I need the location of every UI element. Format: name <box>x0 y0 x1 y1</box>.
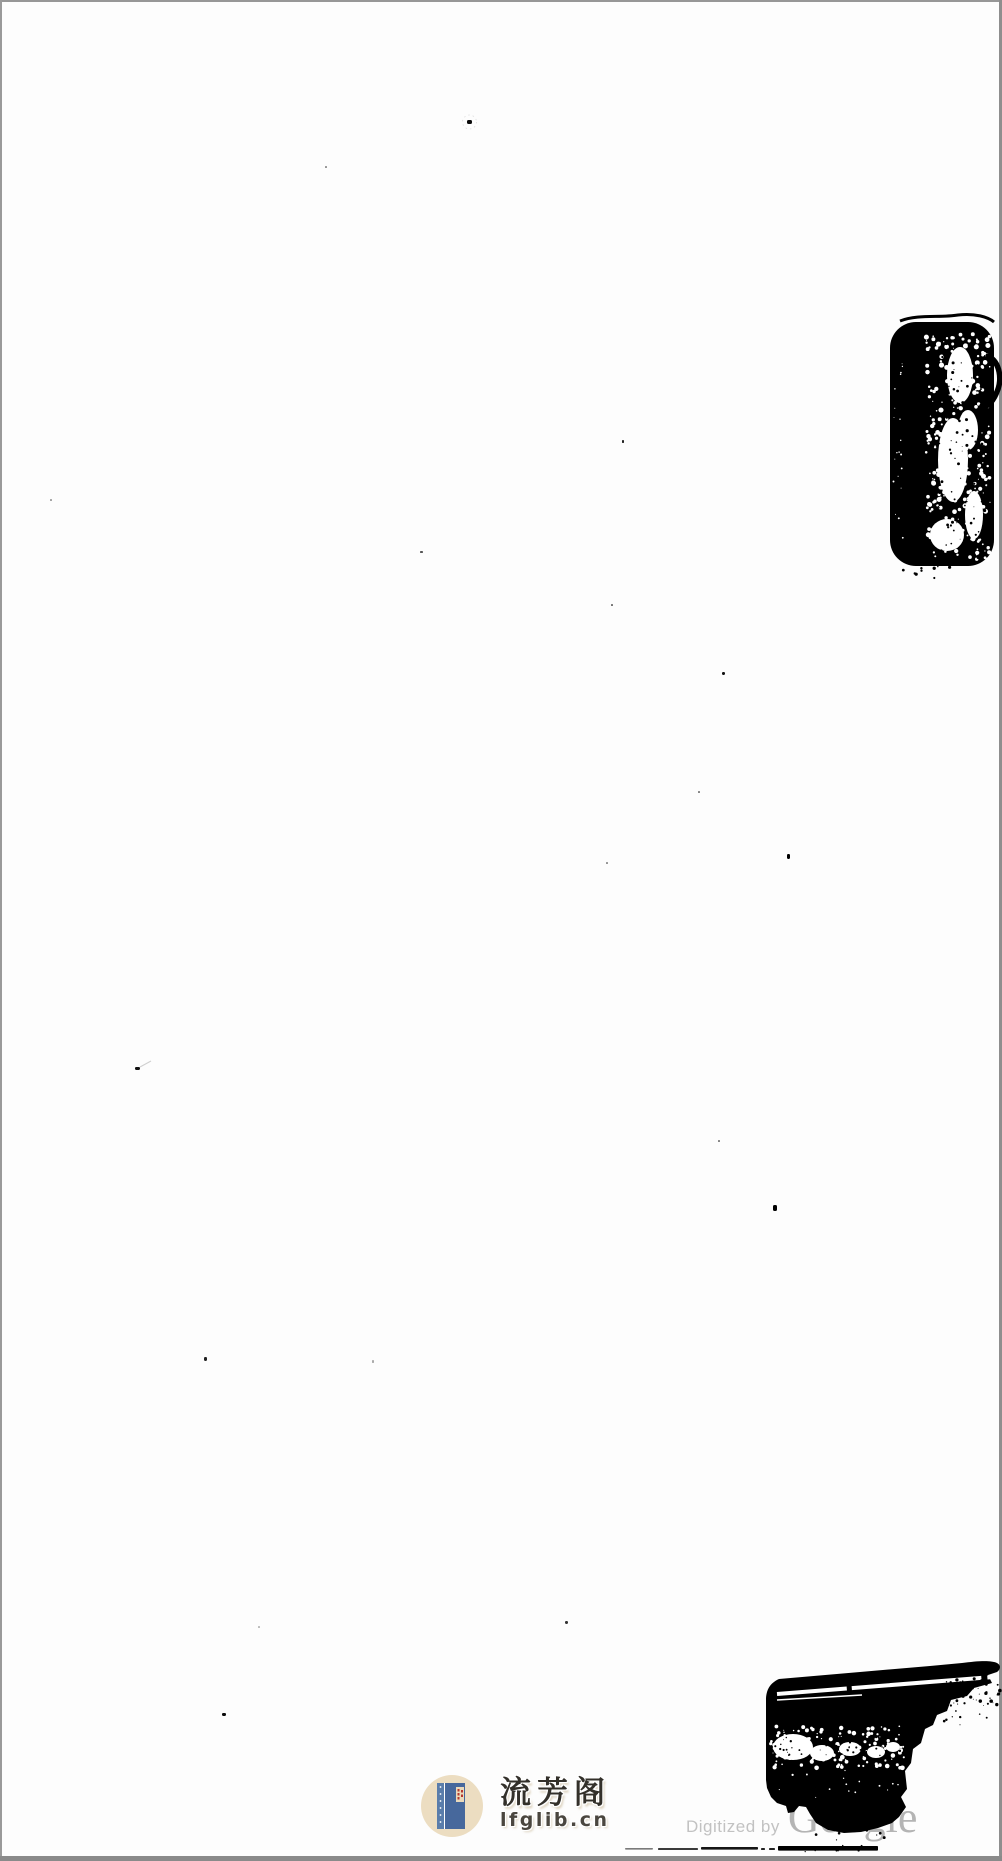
lfglib-text-block: 流芳阁 lfglib.cn <box>500 1775 611 1830</box>
top-right-ink-stamp <box>890 314 1000 579</box>
ink-speck <box>50 499 52 501</box>
book-icon <box>421 1775 483 1837</box>
page-border-top <box>0 0 1002 2</box>
ink-speck <box>467 120 472 124</box>
scanned-page: Digitized byGoogle <box>0 0 1002 1861</box>
bottom-broken-rule <box>625 1845 878 1852</box>
ink-speck <box>325 166 327 168</box>
digitized-by-text: Digitized by <box>686 1817 780 1836</box>
ink-layer <box>0 0 1002 1861</box>
lfglib-domain: lfglib.cn <box>500 1810 611 1830</box>
ink-speck <box>718 1140 720 1142</box>
ink-speck <box>135 1067 140 1070</box>
ink-speck <box>622 440 624 443</box>
ink-speck <box>611 604 613 606</box>
ink-speck-streak <box>140 1061 151 1067</box>
ink-speck <box>698 791 700 793</box>
ink-speck <box>204 1357 207 1361</box>
lfglib-title: 流芳阁 <box>500 1778 611 1809</box>
ink-speck <box>420 551 423 553</box>
ink-speck <box>606 862 608 864</box>
google-digitization-watermark: Digitized byGoogle <box>686 1792 917 1843</box>
ink-speck-halo <box>463 115 477 129</box>
ink-speck <box>722 672 725 675</box>
ink-speck <box>565 1621 568 1624</box>
google-logo: Google <box>788 1793 918 1842</box>
lfglib-watermark: 流芳阁 lfglib.cn <box>421 1775 611 1837</box>
ink-speck <box>258 1626 260 1628</box>
ink-specks <box>50 115 790 1716</box>
page-border-left <box>0 0 2 1861</box>
ink-speck <box>372 1360 374 1363</box>
ink-speck <box>773 1205 777 1211</box>
ink-speck <box>787 854 790 859</box>
page-border-bottom <box>0 1856 1002 1861</box>
ink-speck <box>222 1713 226 1716</box>
